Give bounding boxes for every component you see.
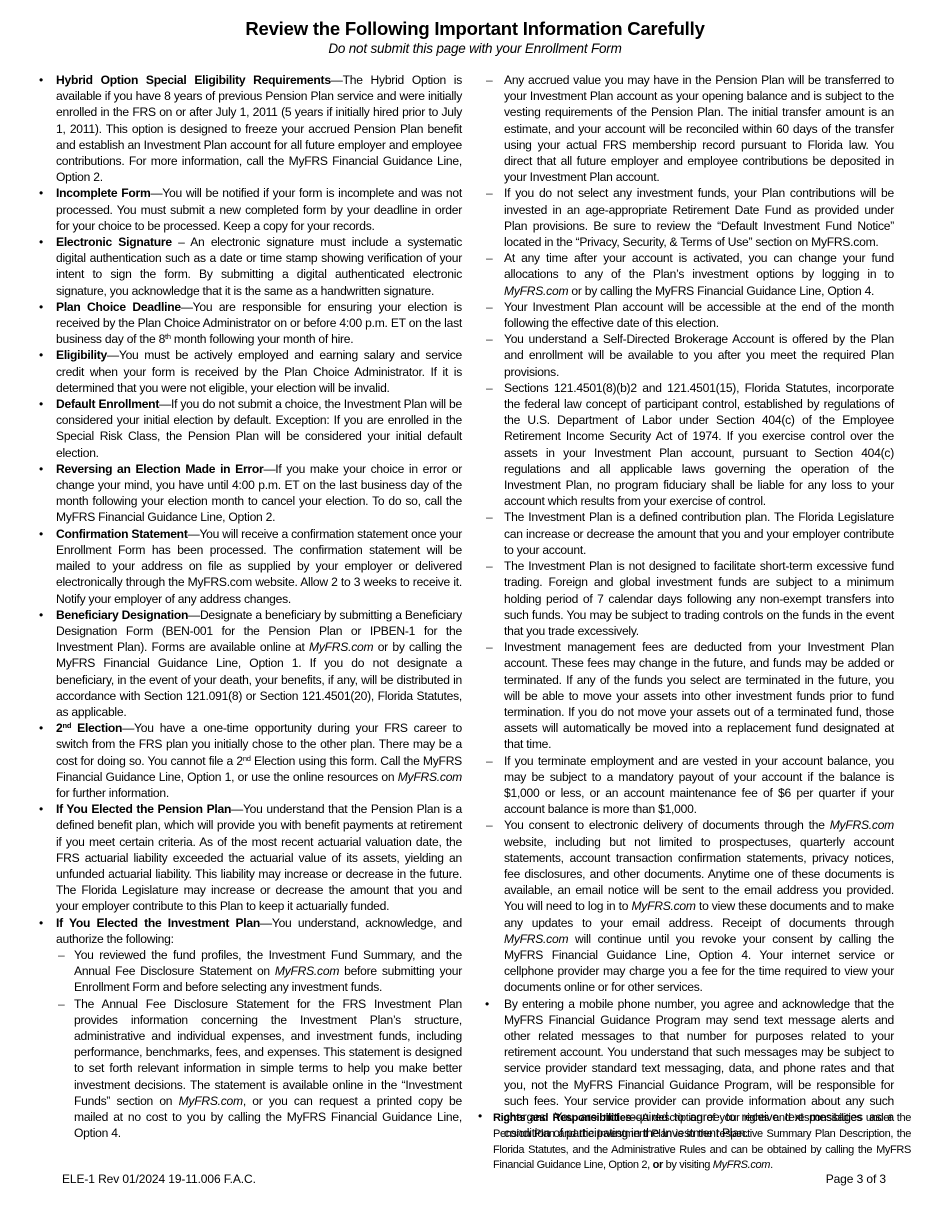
rights-and-responsibilities: Rights and Responsibilities—A descriptio… (476, 1111, 911, 1174)
bold-heading: Rights and Responsibilities (493, 1112, 631, 1124)
dash-subitem: Investment management fees are deducted … (484, 639, 894, 752)
bold-heading: Beneficiary Designation (56, 608, 188, 622)
bullet-item: Electronic Signature – An electronic sig… (38, 234, 462, 299)
dash-subitem: Your Investment Plan account will be acc… (484, 299, 894, 331)
dash-subitem: At any time after your account is activa… (484, 250, 894, 299)
bold-heading: Reversing an Election Made in Error (56, 462, 263, 476)
bullet-item: 2nd Election—You have a one-time opportu… (38, 720, 462, 801)
dash-subitem: Any accrued value you may have in the Pe… (484, 72, 894, 185)
dash-subitem: The Investment Plan is a defined contrib… (484, 509, 894, 558)
bullet-item: Eligibility—You must be actively employe… (38, 347, 462, 396)
bold-heading: Confirmation Statement (56, 527, 188, 541)
bold-heading: Hybrid Option Special Eligibility Requir… (56, 73, 331, 87)
superscript: nd (243, 754, 251, 763)
page-header: Review the Following Important Informati… (0, 18, 950, 57)
bullet-item: If You Elected the Investment Plan—You u… (38, 915, 462, 947)
bullet-item: Confirmation Statement—You will receive … (38, 526, 462, 607)
bullet-item: Plan Choice Deadline—You are responsible… (38, 299, 462, 348)
dash-subitem: The Annual Fee Disclosure Statement for … (56, 996, 462, 1142)
form-id: ELE-1 Rev 01/2024 19-11.006 F.A.C. (62, 1172, 256, 1186)
dash-subitem: You consent to electronic delivery of do… (484, 817, 894, 995)
bold-heading: Default Enrollment (56, 397, 159, 411)
page-subtitle: Do not submit this page with your Enroll… (0, 40, 950, 57)
right-column: Any accrued value you may have in the Pe… (484, 72, 894, 1141)
bold-heading: Eligibility (56, 348, 107, 362)
italic-text: MyFRS.com (275, 964, 339, 978)
bold-heading: Election (71, 721, 122, 735)
bullet-item: Hybrid Option Special Eligibility Requir… (38, 72, 462, 185)
bullet-item: Reversing an Election Made in Error—If y… (38, 461, 462, 526)
italic-text: MyFRS.com (631, 899, 695, 913)
italic-text: MyFRS.com (830, 818, 894, 832)
superscript: nd (62, 721, 71, 730)
bold-heading: Incomplete Form (56, 186, 150, 200)
bold-heading: If You Elected the Investment Plan (56, 916, 260, 930)
italic-text: MyFRS.com (309, 640, 373, 654)
page-title: Review the Following Important Informati… (0, 18, 950, 40)
dash-subitem: If you terminate employment and are vest… (484, 753, 894, 818)
bullet-item: Incomplete Form—You will be notified if … (38, 185, 462, 234)
italic-text: MyFRS.com (504, 284, 568, 298)
left-column: Hybrid Option Special Eligibility Requir… (38, 72, 462, 1141)
italic-text: MyFRS.com (504, 932, 568, 946)
dash-subitem: If you do not select any investment fund… (484, 185, 894, 250)
italic-text: MyFRS.com (179, 1094, 243, 1108)
italic-text: MyFRS.com (398, 770, 462, 784)
dash-subitem: You reviewed the fund profiles, the Inve… (56, 947, 462, 996)
bold-heading: If You Elected the Pension Plan (56, 802, 231, 816)
italic-text: MyFRS.com (713, 1159, 770, 1171)
dash-subitem: The Investment Plan is not designed to f… (484, 558, 894, 639)
page-number: Page 3 of 3 (826, 1172, 886, 1186)
bold-heading: Electronic Signature (56, 235, 172, 249)
bullet-item: If You Elected the Pension Plan—You unde… (38, 801, 462, 914)
bullet-item: Default Enrollment—If you do not submit … (38, 396, 462, 461)
dash-subitem: You understand a Self-Directed Brokerage… (484, 331, 894, 380)
superscript: th (165, 332, 171, 341)
dash-subitem: Sections 121.4501(8)(b)2 and 121.4501(15… (484, 380, 894, 510)
bold-heading: or (653, 1159, 663, 1171)
bold-heading: Plan Choice Deadline (56, 300, 181, 314)
bullet-item: Beneficiary Designation—Designate a bene… (38, 607, 462, 720)
